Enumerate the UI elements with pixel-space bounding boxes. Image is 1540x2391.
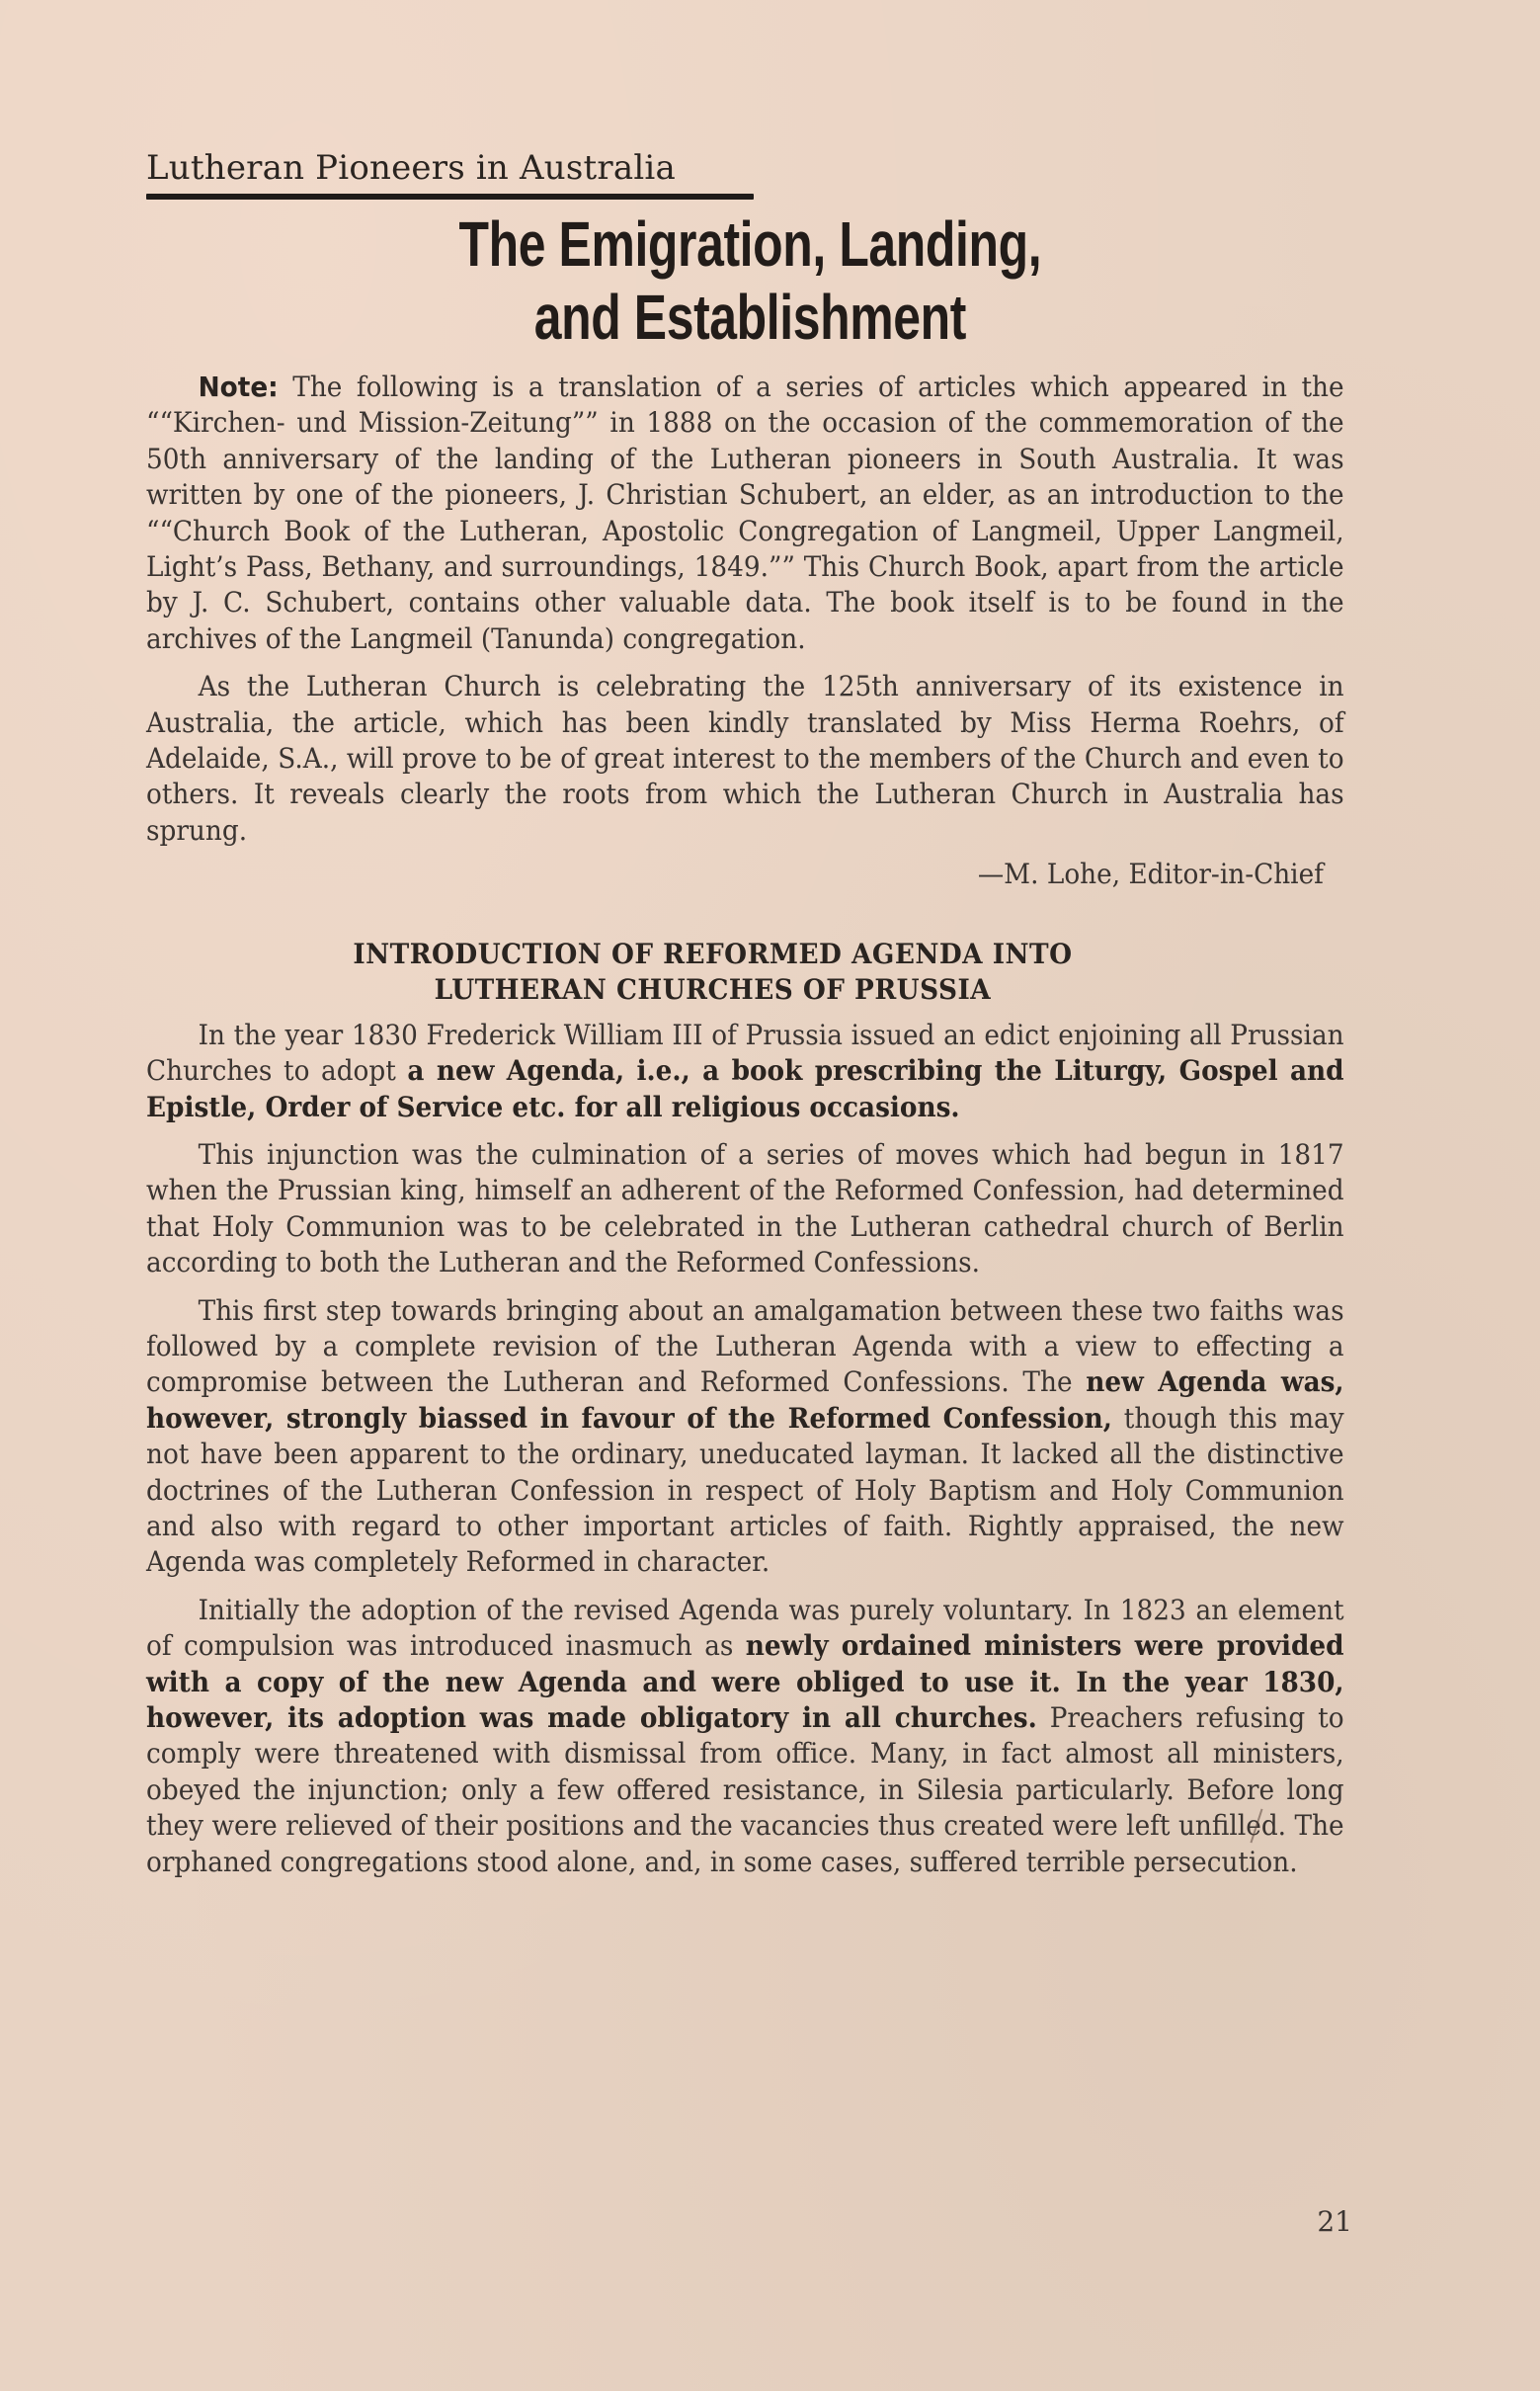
running-head-title: Lutheran Pioneers in Australia bbox=[146, 148, 676, 188]
editor-note-paragraph: Note: The following is a translation of … bbox=[146, 370, 1344, 657]
paragraph-text: This injunction was the culmination of a… bbox=[146, 1138, 1344, 1278]
body-paragraph: This first step towards bringing about a… bbox=[146, 1293, 1344, 1581]
section-heading-line-2: LUTHERAN CHURCHES OF PRUSSIA bbox=[146, 972, 1279, 1008]
article-body: Note: The following is a translation of … bbox=[146, 370, 1344, 1880]
page-number: 21 bbox=[1317, 2205, 1352, 2238]
editor-note-paragraph-2: As the Lutheran Church is celebrating th… bbox=[146, 669, 1344, 849]
article-title-line-2: and Establishment bbox=[284, 281, 1217, 354]
note-label: Note: bbox=[199, 371, 279, 403]
document-page: Lutheran Pioneers in Australia The Emigr… bbox=[146, 148, 1343, 1892]
section-heading: INTRODUCTION OF REFORMED AGENDA INTO LUT… bbox=[146, 937, 1344, 1008]
editor-signature: —M. Lohe, Editor-in-Chief bbox=[146, 857, 1344, 892]
body-paragraph: Initially the adoption of the revised Ag… bbox=[146, 1593, 1344, 1880]
body-paragraph: This injunction was the culmination of a… bbox=[146, 1137, 1344, 1281]
note-text: The following is a translation of a seri… bbox=[146, 371, 1344, 655]
body-paragraph: In the year 1830 Frederick William III o… bbox=[146, 1018, 1344, 1125]
running-header: Lutheran Pioneers in Australia bbox=[146, 148, 1343, 200]
section-heading-line-1: INTRODUCTION OF REFORMED AGENDA INTO bbox=[146, 937, 1279, 972]
article-title-line-1: The Emigration, Landing, bbox=[284, 207, 1217, 281]
article-title: The Emigration, Landing, and Establishme… bbox=[284, 207, 1217, 354]
header-rule-divider bbox=[146, 194, 754, 200]
